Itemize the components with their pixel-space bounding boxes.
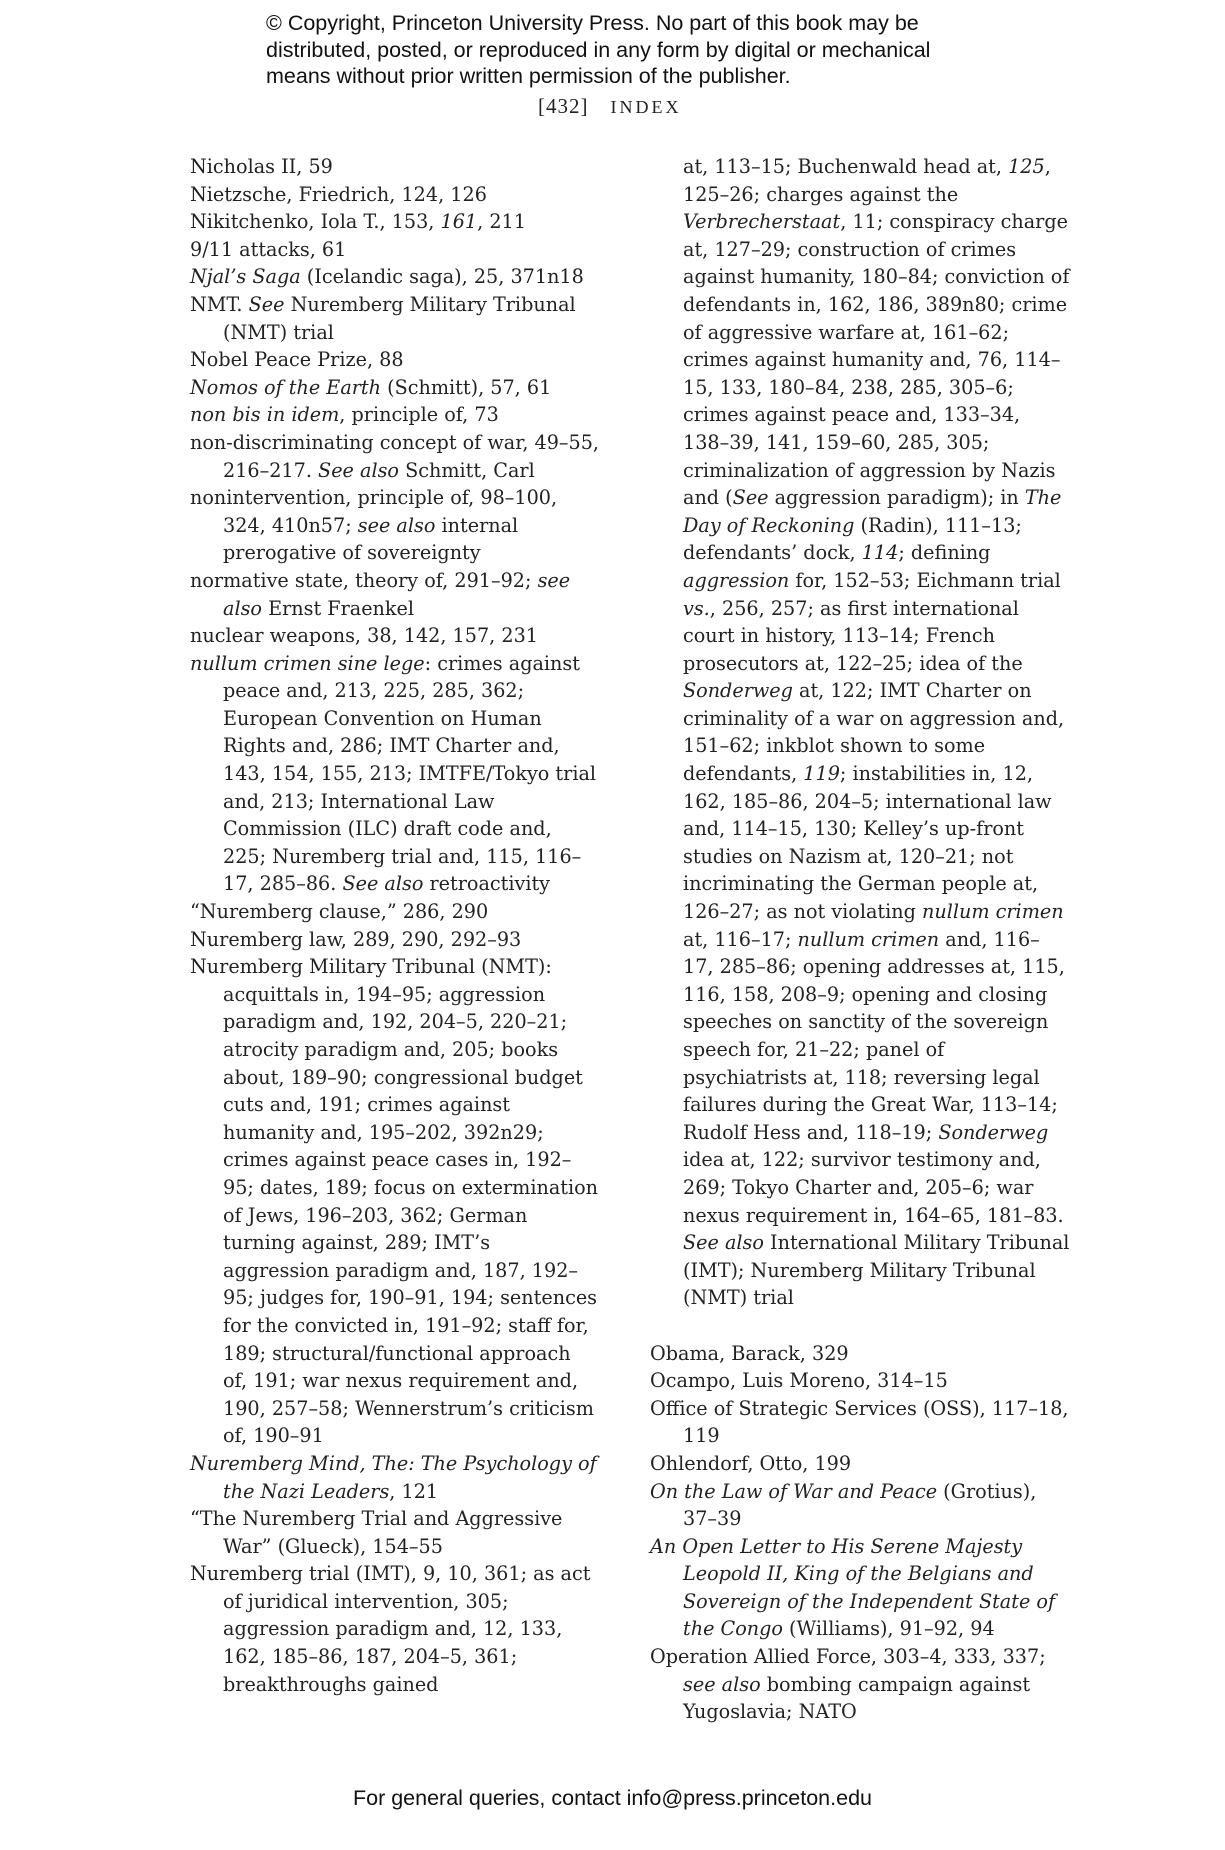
index-entry: Nikitchenko, Iola T., 153, 161, 211 [190,208,600,236]
index-entry-italic-text: Sonderweg [683,679,793,702]
index-entry-text: Nietzsche, Friedrich, 124, 126 [190,183,487,206]
index-entry-text: (Schmitt), 57, 61 [381,376,551,399]
index-entry-italic-text: 125 [1008,155,1045,178]
index-entry: Nuremberg Military Tribunal (NMT): acqui… [190,953,600,1450]
index-entry-italic-text: nullum crimen sine lege [190,652,425,675]
index-entry-italic-text: See also [342,872,423,895]
index-entry-text: , principle of, 73 [339,403,499,426]
index-entry-italic-text: See also [683,1231,764,1254]
index-entry: non bis in idem, principle of, 73 [190,401,600,429]
index-entry: On the Law of War and Peace (Grotius), 3… [650,1478,1070,1533]
index-entry: nullum crimen sine lege: crimes against … [190,650,600,898]
index-entry-text: 9/11 attacks, 61 [190,238,346,261]
index-entry: Obama, Barack, 329 [650,1340,1070,1368]
index-entry-text: Ocampo, Luis Moreno, 314–15 [650,1369,948,1392]
index-entry-text: Nuremberg Military Tribunal (NMT): acqui… [190,955,598,1447]
index-entry-italic-text: See [249,293,285,316]
index-entry-text: aggression paradigm); in [769,486,1025,509]
footer-contact: For general queries, contact info@press.… [0,1786,1225,1811]
index-entry-text: at, 113–15; Buchenwald head at, [683,155,1008,178]
index-entry-text: “Nuremberg clause,” 286, 290 [190,900,488,923]
index-entry-text: Nicholas II, 59 [190,155,333,178]
index-entry-text: for, 152–53; Eichmann trial [789,569,1061,592]
index-entry: NMT. See Nuremberg Military Tribunal (NM… [190,291,600,346]
copyright-line: © Copyright, Princeton University Press.… [266,10,1026,37]
index-entry-text: Nuremberg law, 289, 290, 292–93 [190,928,521,951]
index-entry: Njal’s Saga (Icelandic saga), 25, 371n18 [190,263,600,291]
index-entry-text: : crimes against peace and, 213, 225, 28… [223,652,596,896]
index-entry-text: Ohlendorf, Otto, 199 [650,1452,851,1475]
index-entry-text: Obama, Barack, 329 [650,1342,849,1365]
index-entry-italic-text: 161 [441,210,478,233]
index-entry-text: normative state, theory of, 291–92; [190,569,538,592]
index-entry-italic-text: Nomos of the Earth [190,376,381,399]
index-entry: “The Nuremberg Trial and Aggressive War”… [190,1505,600,1560]
index-entry-italic-text: see also [358,514,436,537]
index-entry-text: ; defining [898,541,990,564]
copyright-line: means without prior written permission o… [266,63,1026,90]
index-entry-italic-text: vs. [683,597,710,620]
index-entry-italic-text: see also [683,1673,761,1696]
index-entry: Nuremberg law, 289, 290, 292–93 [190,926,600,954]
index-entry-text: ; instabilities in, 12, 162, 185–86, 204… [683,762,1052,923]
index-entry-italic-text: nullum crimen [798,928,940,951]
index-entry-text: Ernst Fraenkel [262,597,414,620]
index-entry-text: and, 116–17, 285–86; opening addresses a… [683,928,1065,1144]
index-entry: “Nuremberg clause,” 286, 290 [190,898,600,926]
index-entry-text: Office of Strategic Services (OSS), 117–… [650,1397,1069,1448]
index-entry-italic-text: On the Law of War and Peace [650,1480,937,1503]
index-entry-text: , 121 [389,1480,438,1503]
index-entry-italic-text: nullum crimen [922,900,1064,923]
index-entry-text: (Icelandic saga), 25, 371n18 [301,265,584,288]
running-title: INDEX [611,97,682,117]
index-entry: Nobel Peace Prize, 88 [190,346,600,374]
index-entry: Nicholas II, 59 [190,153,600,181]
index-entry: Nietzsche, Friedrich, 124, 126 [190,181,600,209]
index-entry-italic-text: Verbrecherstaat [683,210,840,233]
index-entry-text: idea at, 122; survivor testimony and, 26… [683,1148,1064,1226]
index-entry-italic-text: Njal’s Saga [190,265,301,288]
index-entry-text: (Williams), 91–92, 94 [783,1617,995,1640]
index-column-left: Nicholas II, 59Nietzsche, Friedrich, 124… [190,153,600,1698]
index-entry: non-discriminating concept of war, 49–55… [190,429,600,484]
index-entry-italic-text: See [733,486,769,509]
index-entry: Nomos of the Earth (Schmitt), 57, 61 [190,374,600,402]
index-entry: 9/11 attacks, 61 [190,236,600,264]
running-head: [432]INDEX [538,94,682,119]
index-entry: Nuremberg trial (IMT), 9, 10, 361; as ac… [190,1560,600,1698]
page-number: [432] [538,94,589,118]
index-column-right: at, 113–15; Buchenwald head at, 125, 125… [650,153,1070,1726]
copyright-notice: © Copyright, Princeton University Press.… [266,10,1026,90]
index-entry-text: Schmitt, Carl [399,459,535,482]
index-entry: at, 113–15; Buchenwald head at, 125, 125… [650,153,1070,1312]
index-entry: normative state, theory of, 291–92; see … [190,567,600,622]
index-entry: An Open Letter to His Serene Majesty Leo… [650,1533,1070,1643]
index-entry-text: retroactivity [423,872,550,895]
index-entry: Operation Allied Force, 303–4, 333, 337;… [650,1643,1070,1726]
index-entry-text: , 11; conspiracy charge at, 127–29; cons… [683,210,1069,509]
index-entry-italic-text: non bis in idem [190,403,339,426]
index-entry: Office of Strategic Services (OSS), 117–… [650,1395,1070,1450]
index-entry: Ohlendorf, Otto, 199 [650,1450,1070,1478]
index-entry-text: , 211 [477,210,526,233]
index-entry: Nuremberg Mind, The: The Psychology of t… [190,1450,600,1505]
index-entry-text: Nikitchenko, Iola T., 153, [190,210,441,233]
index-entry-italic-text: aggression [683,569,789,592]
index-entry-text: Nuremberg trial (IMT), 9, 10, 361; as ac… [190,1562,590,1695]
index-entry-text: at, 116–17; [683,928,798,951]
index-entry-text: NMT. [190,293,249,316]
index-entry: nonintervention, principle of, 98–100, 3… [190,484,600,567]
index-entry-italic-text: 114 [862,541,899,564]
index-entry: nuclear weapons, 38, 142, 157, 231 [190,622,600,650]
index-entry: Ocampo, Luis Moreno, 314–15 [650,1367,1070,1395]
index-entry-italic-text: Sonderweg [938,1121,1048,1144]
index-entry-italic-text: See also [318,459,399,482]
index-entry-text: “The Nuremberg Trial and Aggressive War”… [190,1507,562,1558]
copyright-line: distributed, posted, or reproduced in an… [266,37,1026,64]
index-entry-text: Nobel Peace Prize, 88 [190,348,404,371]
index-entry-text: , 256, 257; as first international court… [683,597,1023,675]
index-entry-text: nuclear weapons, 38, 142, 157, 231 [190,624,538,647]
index-entry-italic-text: 119 [803,762,840,785]
index-entry-text: Operation Allied Force, 303–4, 333, 337; [650,1645,1046,1668]
